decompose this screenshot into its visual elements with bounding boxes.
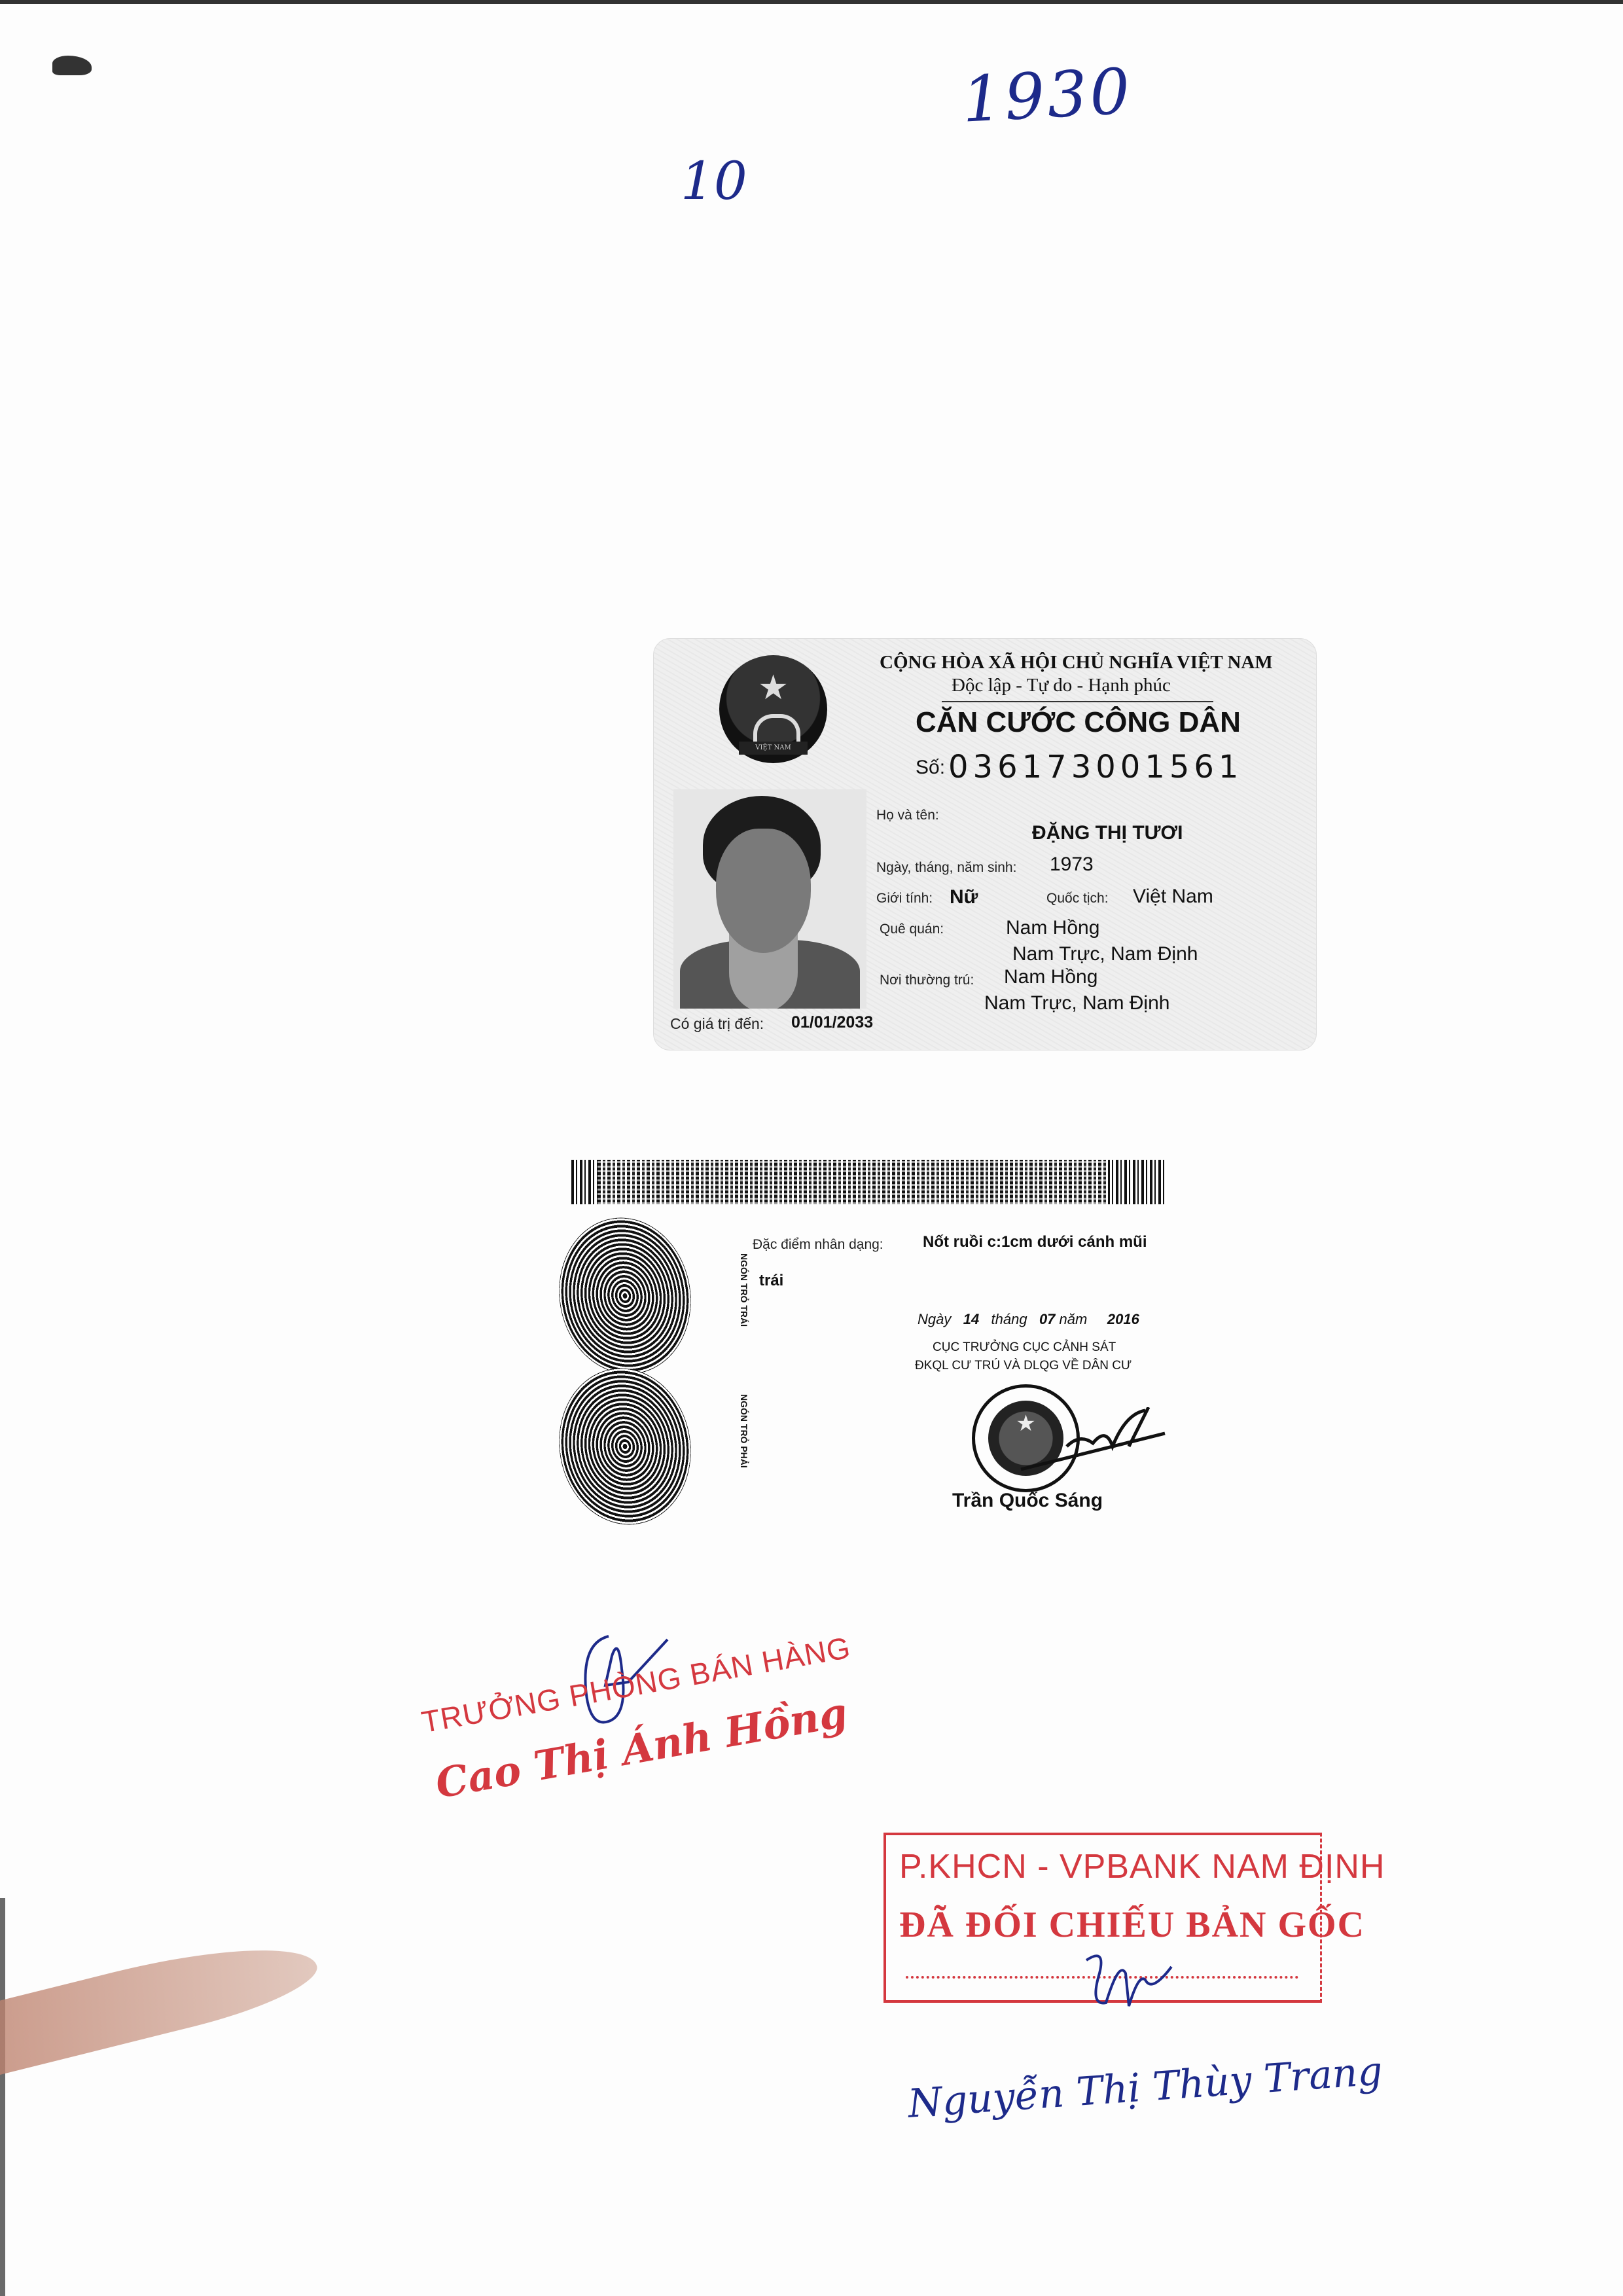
verifier-signature bbox=[1080, 1947, 1178, 2013]
scan-left-edge bbox=[0, 1898, 5, 2296]
dob-label: Ngày, tháng, năm sinh: bbox=[876, 860, 1016, 876]
hometown-label: Quê quán: bbox=[880, 922, 944, 937]
nationality-label: Quốc tịch: bbox=[1046, 891, 1109, 906]
issue-year: 2016 bbox=[1107, 1311, 1139, 1327]
right-index-fingerprint bbox=[547, 1357, 704, 1535]
star-icon: ★ bbox=[719, 668, 827, 708]
issue-day: 14 bbox=[963, 1311, 979, 1327]
scan-top-edge bbox=[0, 0, 1623, 4]
features-line1: Nốt ruồi c:1cm dưới cánh mũi bbox=[923, 1233, 1147, 1251]
issue-date: Ngày 14 tháng 07 năm 2016 bbox=[918, 1311, 1139, 1328]
issue-month: 07 bbox=[1039, 1311, 1055, 1327]
office-line1: CỤC TRƯỞNG CỤC CẢNH SÁT bbox=[933, 1340, 1116, 1355]
barcode bbox=[571, 1160, 1167, 1204]
handwritten-number: 1930 bbox=[960, 54, 1134, 136]
sex-label: Giới tính: bbox=[876, 891, 933, 906]
full-name: ĐẶNG THỊ TƯƠI bbox=[1032, 822, 1183, 844]
expiry-date: 01/01/2033 bbox=[791, 1013, 873, 1032]
verifier-name: Nguyễn Thị Thùy Trang bbox=[906, 2048, 1384, 2127]
country-header: CỘNG HÒA XÃ HỘI CHỦ NGHĨA VIỆT NAM bbox=[880, 652, 1273, 673]
year-label: năm bbox=[1060, 1311, 1088, 1327]
features-label: Đặc điểm nhân dạng: bbox=[753, 1237, 883, 1253]
features-line2: trái bbox=[759, 1272, 783, 1290]
signer-name: Trần Quốc Sáng bbox=[952, 1490, 1103, 1512]
motto: Độc lập - Tự do - Hạnh phúc bbox=[952, 675, 1171, 696]
portrait-photo bbox=[673, 789, 866, 1009]
residence-line1: Nam Hồng bbox=[1004, 966, 1097, 988]
right-finger-label: NGÓN TRỎ PHẢI bbox=[739, 1394, 749, 1468]
scan-artifact bbox=[52, 56, 92, 75]
barcode-data bbox=[597, 1160, 1108, 1204]
card-number: 036173001561 bbox=[948, 749, 1243, 785]
national-emblem-icon: ★ VIỆT NAM bbox=[719, 655, 827, 763]
motto-underline bbox=[942, 701, 1213, 702]
residence-label: Nơi thường trú: bbox=[880, 973, 974, 988]
nationality: Việt Nam bbox=[1133, 886, 1213, 908]
handwritten-page-number: 10 bbox=[681, 151, 747, 211]
left-index-fingerprint bbox=[547, 1207, 704, 1384]
ink-smudge bbox=[0, 1924, 324, 2075]
card-number-label: Số: bbox=[916, 757, 945, 779]
id-card-front: ★ VIỆT NAM CỘNG HÒA XÃ HỘI CHỦ NGHĨA VIỆ… bbox=[653, 638, 1317, 1050]
official-signature bbox=[1014, 1407, 1171, 1479]
full-name-label: Họ và tên: bbox=[876, 808, 939, 823]
month-label: tháng bbox=[991, 1311, 1027, 1327]
residence-line2: Nam Trực, Nam Định bbox=[984, 992, 1169, 1014]
office-line2: ĐKQL CƯ TRÚ VÀ DLQG VỀ DÂN CƯ bbox=[915, 1359, 1132, 1373]
left-finger-label: NGÓN TRỎ TRÁI bbox=[739, 1253, 749, 1327]
photo-face bbox=[716, 829, 811, 953]
bank-branch: P.KHCN - VPBANK NAM ĐỊNH bbox=[899, 1847, 1385, 1886]
hometown-line1: Nam Hồng bbox=[1006, 917, 1099, 939]
emblem-band: VIỆT NAM bbox=[739, 742, 808, 755]
expiry-label: Có giá trị đến: bbox=[670, 1015, 764, 1033]
card-title: CĂN CƯỚC CÔNG DÂN bbox=[916, 706, 1241, 739]
verification-text: ĐÃ ĐỐI CHIẾU BẢN GỐC bbox=[899, 1904, 1365, 1946]
dob: 1973 bbox=[1050, 853, 1094, 876]
sex: Nữ bbox=[950, 886, 978, 908]
hometown-line2: Nam Trực, Nam Định bbox=[1012, 943, 1198, 965]
date-prefix: Ngày bbox=[918, 1311, 951, 1327]
gear-icon bbox=[753, 714, 800, 742]
